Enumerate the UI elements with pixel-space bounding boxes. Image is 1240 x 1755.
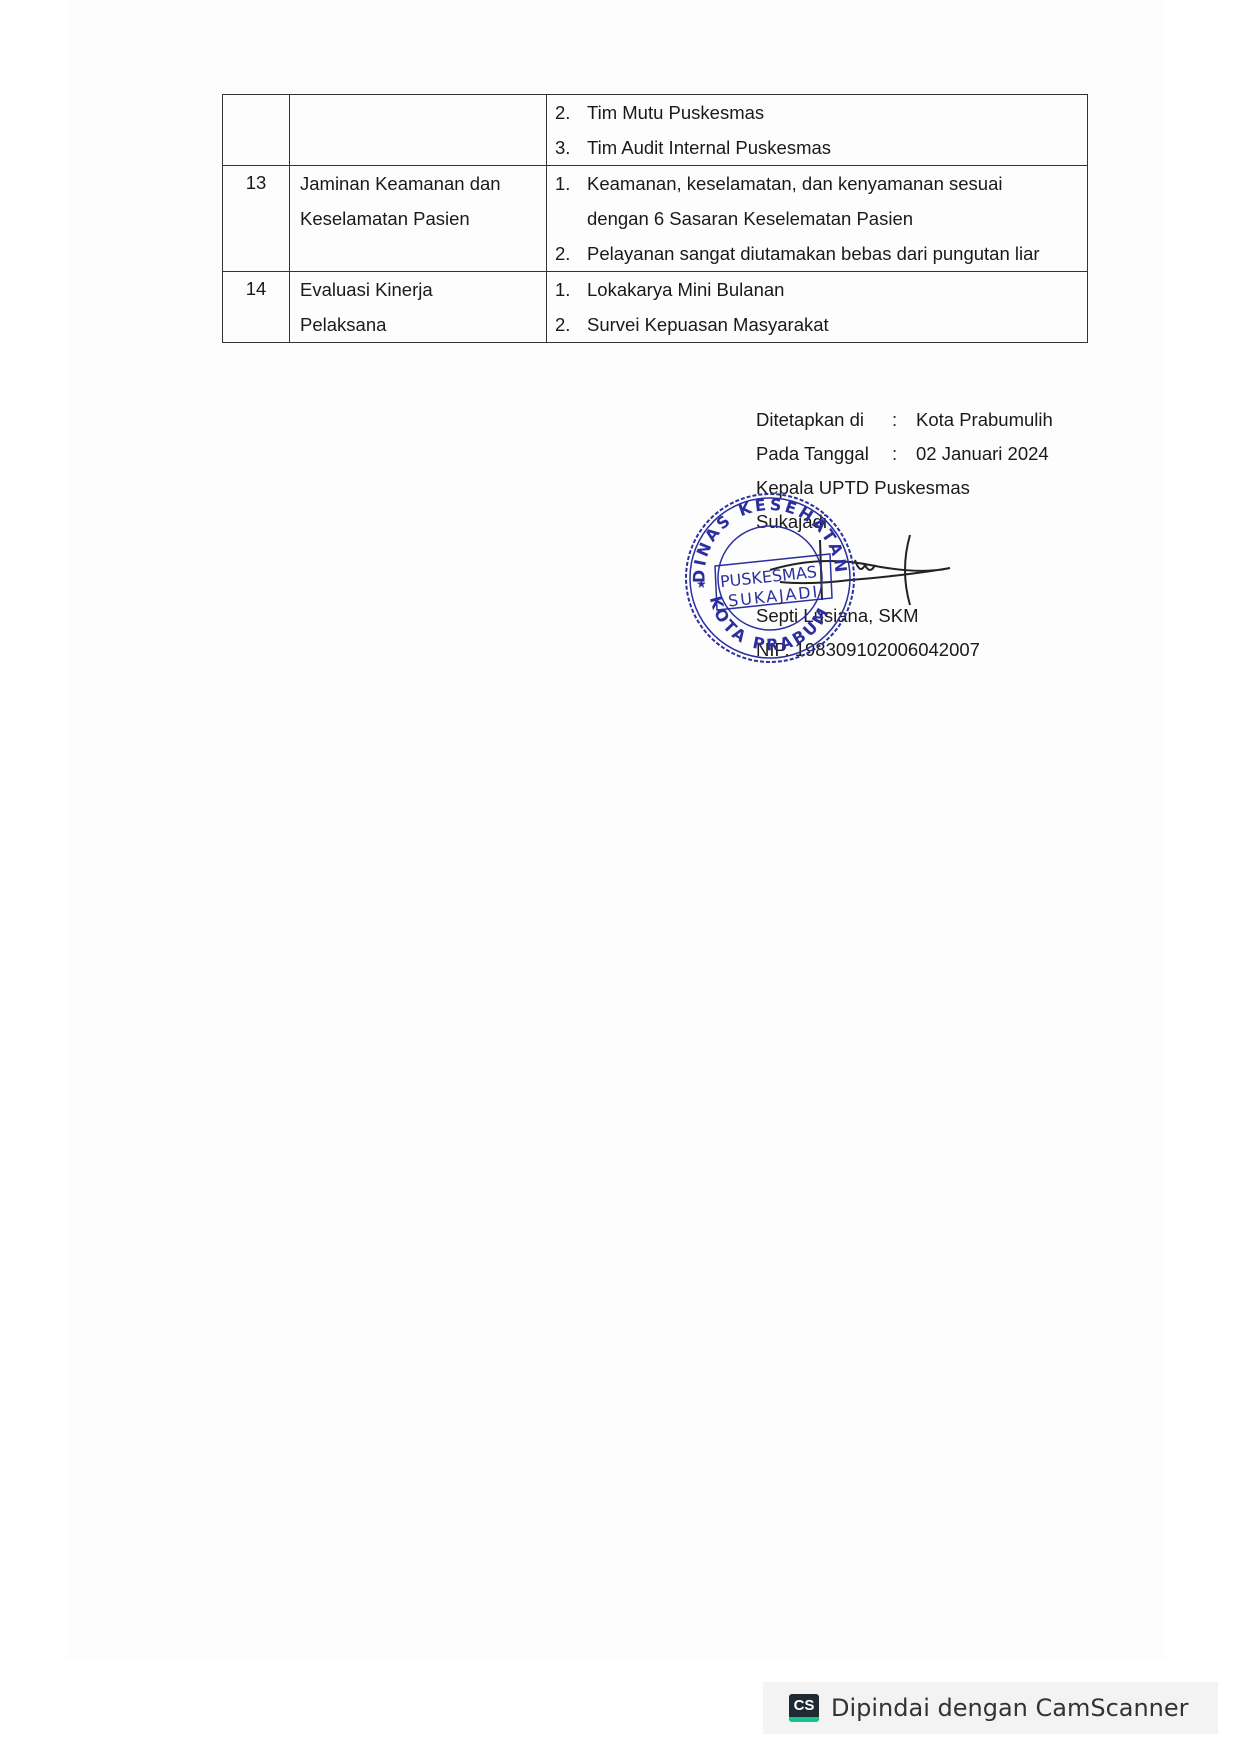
svg-text:★: ★ bbox=[696, 577, 707, 591]
row-aspect: Jaminan Keamanan danKeselamatan Pasien bbox=[290, 166, 547, 272]
table-row: 13Jaminan Keamanan danKeselamatan Pasien… bbox=[223, 166, 1088, 272]
row-details: 1.Lokakarya Mini Bulanan2.Survei Kepuasa… bbox=[547, 272, 1088, 343]
detail-item: 1.Lokakarya Mini Bulanan bbox=[555, 272, 1087, 307]
detail-item: 2.Survei Kepuasan Masyarakat bbox=[555, 307, 1087, 342]
row-number: 14 bbox=[223, 272, 290, 343]
detail-item: 2.Pelayanan sangat diutamakan bebas dari… bbox=[555, 236, 1087, 271]
camscanner-badge: CS Dipindai dengan CamScanner bbox=[763, 1682, 1218, 1734]
camscanner-text: Dipindai dengan CamScanner bbox=[831, 1694, 1189, 1722]
detail-item: dengan 6 Sasaran Keselematan Pasien bbox=[555, 201, 1087, 236]
detail-item: 1.Keamanan, keselamatan, dan kenyamanan … bbox=[555, 166, 1087, 201]
date-value: 02 Januari 2024 bbox=[916, 437, 1049, 471]
row-aspect: Evaluasi KinerjaPelaksana bbox=[290, 272, 547, 343]
detail-item: 2.Tim Mutu Puskesmas bbox=[555, 95, 1087, 130]
detail-item: 3.Tim Audit Internal Puskesmas bbox=[555, 130, 1087, 165]
table-row: 2.Tim Mutu Puskesmas3.Tim Audit Internal… bbox=[223, 95, 1088, 166]
row-number: 13 bbox=[223, 166, 290, 272]
row-number bbox=[223, 95, 290, 166]
row-aspect bbox=[290, 95, 547, 166]
camscanner-logo-icon: CS bbox=[789, 1694, 819, 1722]
program-table: 2.Tim Mutu Puskesmas3.Tim Audit Internal… bbox=[222, 94, 1088, 343]
table-row: 14Evaluasi KinerjaPelaksana1.Lokakarya M… bbox=[223, 272, 1088, 343]
official-stamp: DINAS KESEHATAN KOTA PRABUMULIH PUSKESMA… bbox=[680, 488, 860, 668]
date-row: Pada Tanggal : 02 Januari 2024 bbox=[756, 437, 1053, 471]
row-details: 2.Tim Mutu Puskesmas3.Tim Audit Internal… bbox=[547, 95, 1088, 166]
row-details: 1.Keamanan, keselamatan, dan kenyamanan … bbox=[547, 166, 1088, 272]
place-row: Ditetapkan di : Kota Prabumulih bbox=[756, 403, 1053, 437]
place-value: Kota Prabumulih bbox=[916, 403, 1053, 437]
